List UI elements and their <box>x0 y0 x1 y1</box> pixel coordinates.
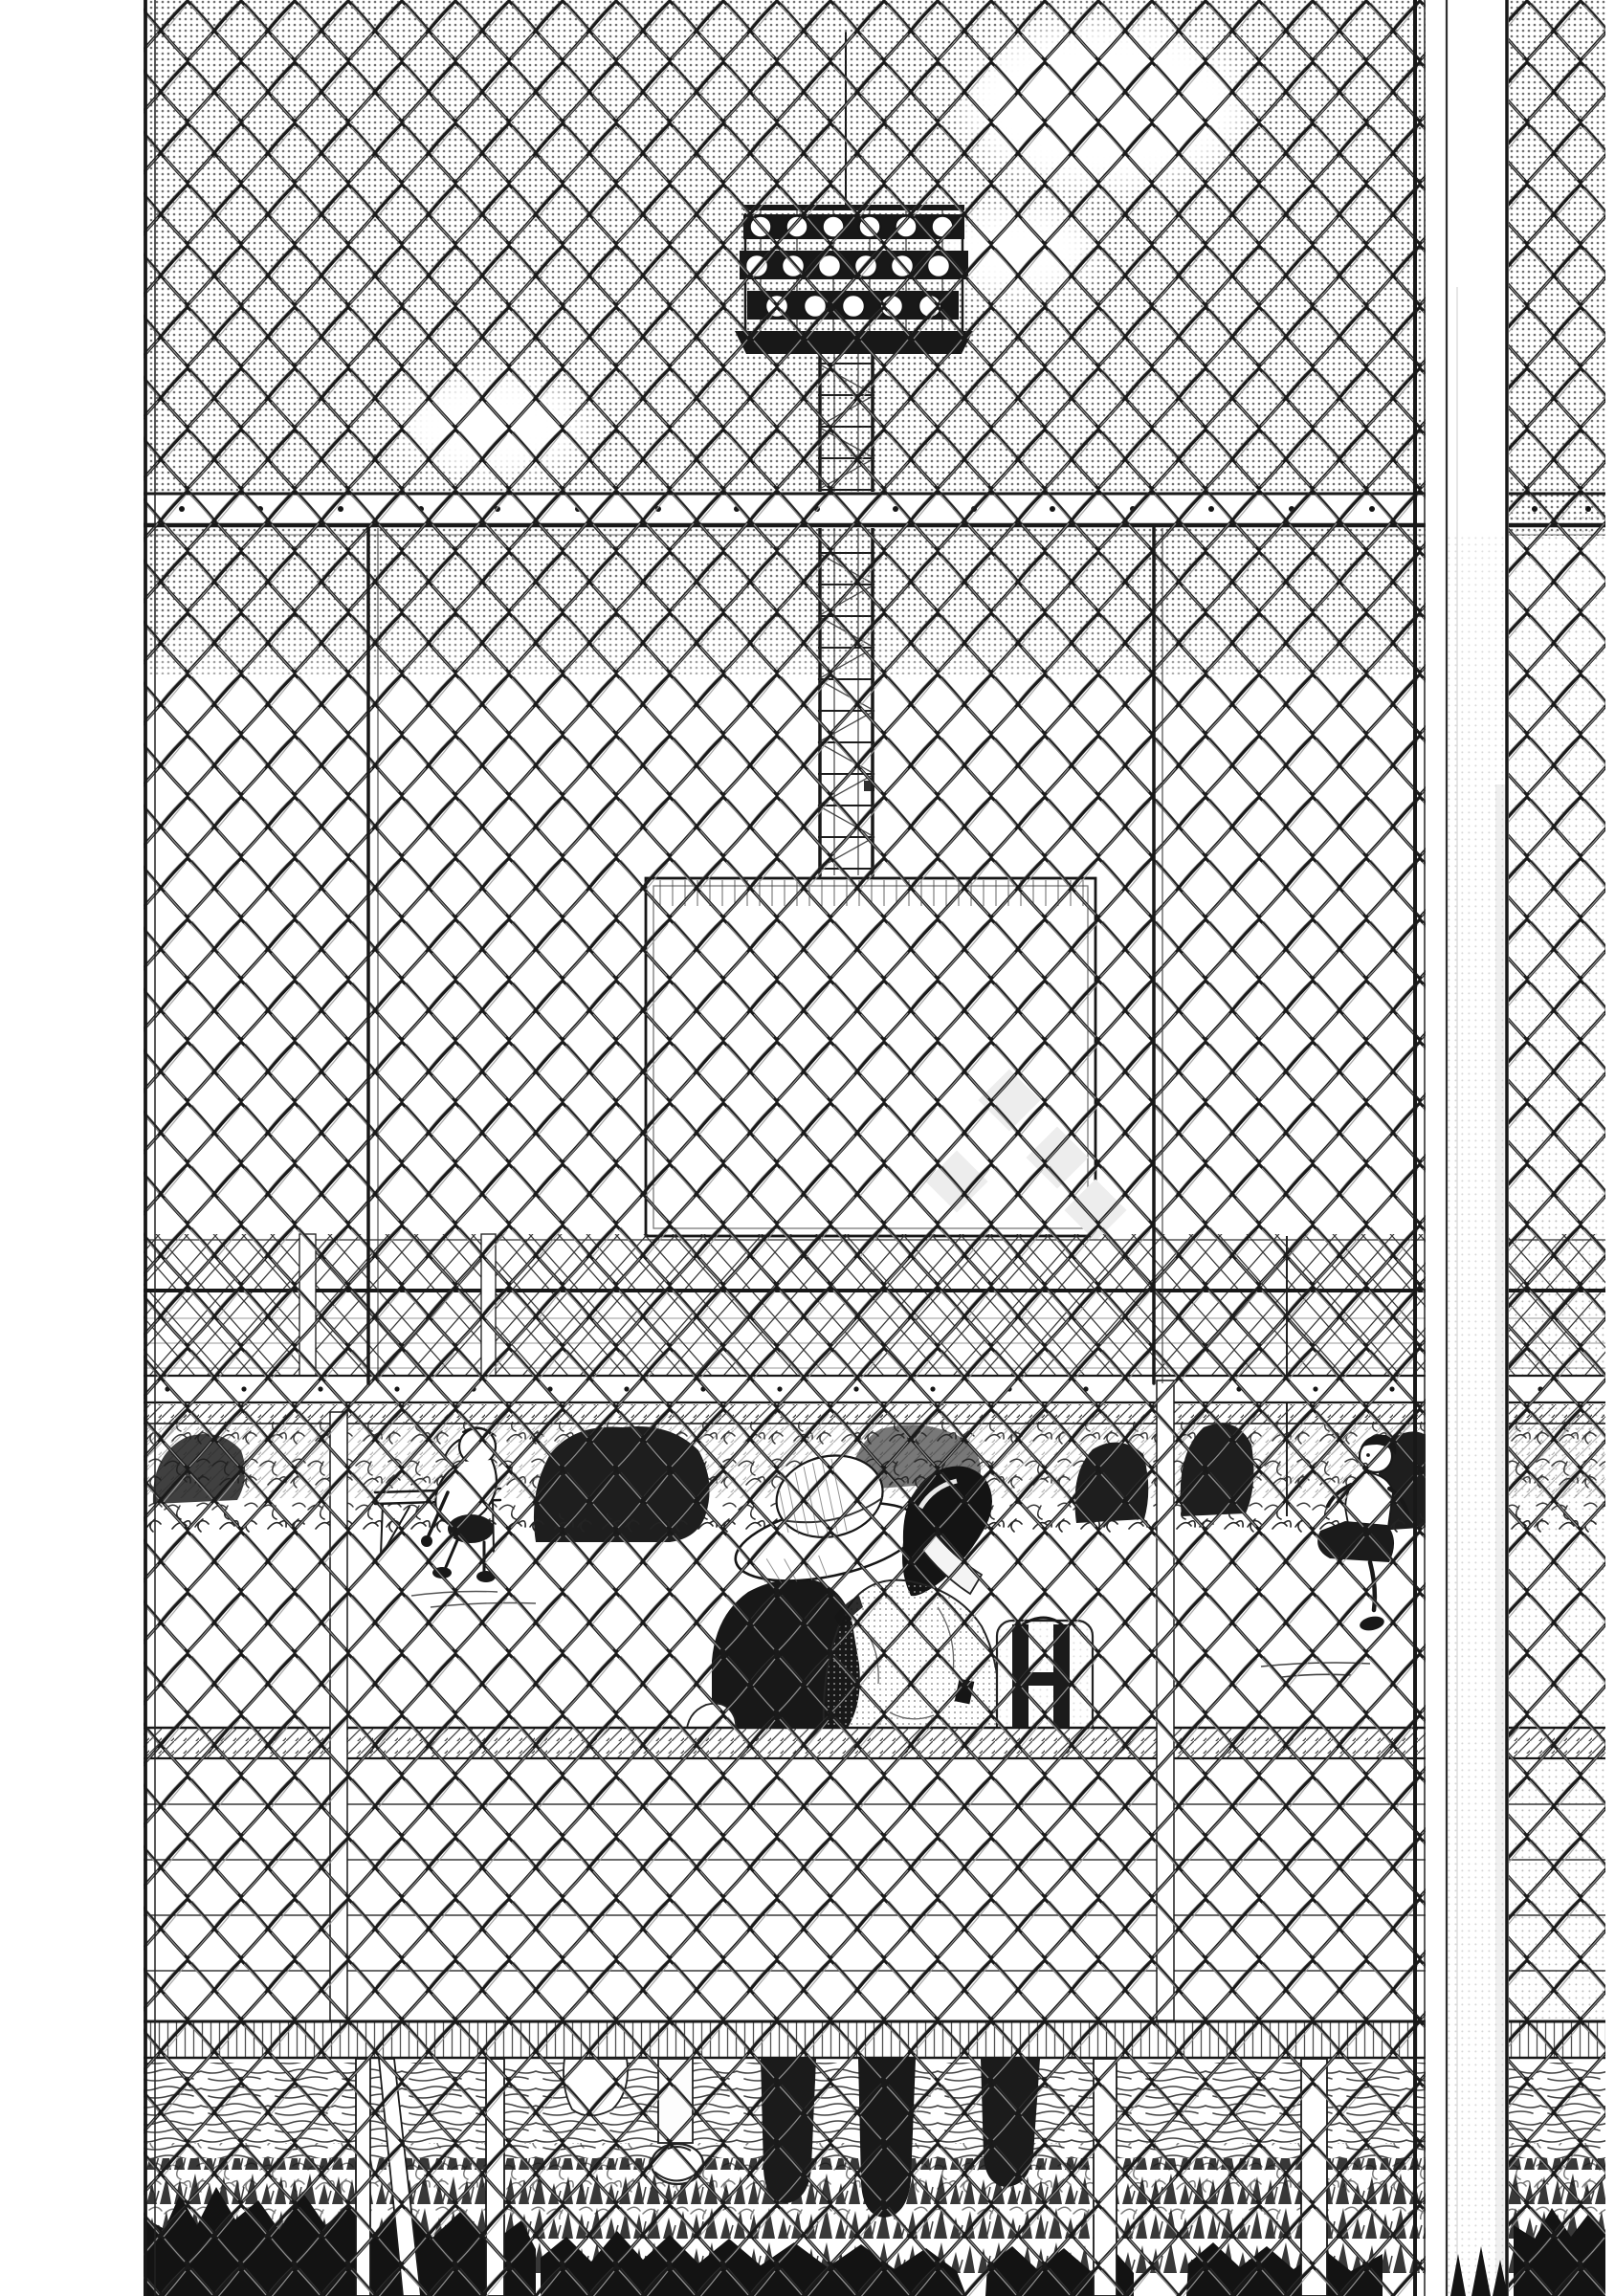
chain-link-mesh <box>144 0 1605 2296</box>
panel-illustration <box>0 0 1615 2296</box>
manga-panel <box>0 0 1615 2296</box>
right-page-margin <box>1605 0 1615 2296</box>
bright-pole <box>1426 0 1509 2296</box>
left-page-margin <box>0 0 144 2296</box>
